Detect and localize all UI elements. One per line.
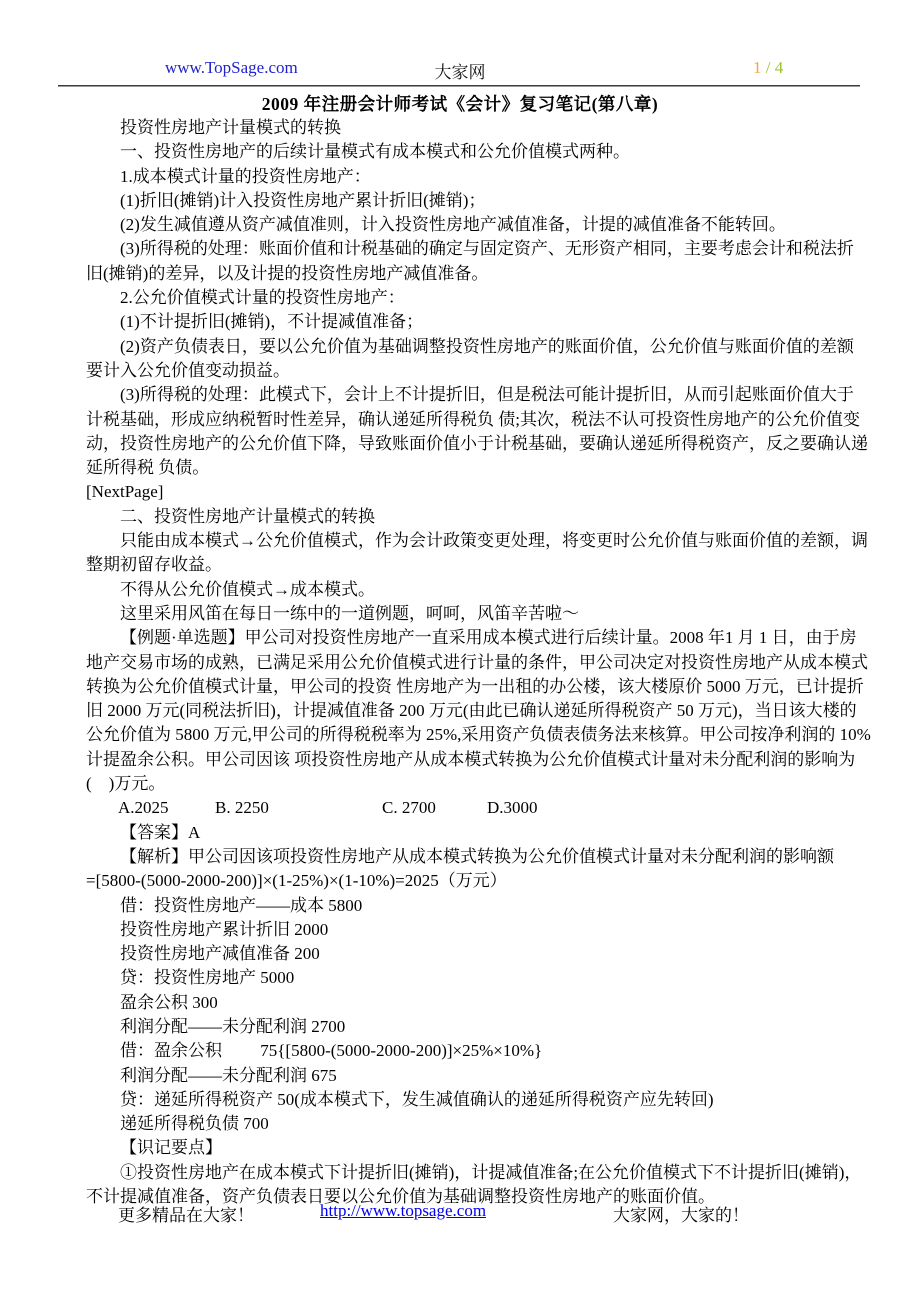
text-line: 只能由成本模式→公允价值模式，作为会计政策变更处理，将变更时公允价值与账面价值的…	[86, 529, 862, 553]
text-line: 【例题·单选题】甲公司对投资性房地产一直采用成本模式进行后续计量。2008 年1…	[86, 626, 862, 650]
text-line: (1)不计提折旧(摊销)，不计提减值准备；	[86, 310, 862, 334]
text-line: 贷：投资性房地产 5000	[86, 966, 862, 990]
footer-left-text: 更多精品在大家！	[118, 1201, 254, 1226]
page-number: 1 / 4	[753, 58, 783, 78]
page-header: www.TopSage.com 大家网 1 / 4	[60, 58, 860, 84]
text-line: 旧 2000 万元(同税法折旧)，计提减值准备 200 万元(由此已确认递延所得…	[86, 699, 862, 723]
text-line: (3)所得税的处理：账面价值和计税基础的确定与固定资产、无形资产相同，主要考虑会…	[86, 237, 862, 261]
text-line: 【识记要点】	[86, 1136, 862, 1160]
text-line: 计税基础，形成应纳税暂时性差异，确认递延所得税负 债;其次，税法不认可投资性房地…	[86, 408, 862, 432]
text-line: 动，投资性房地产的公允价值下降，导致账面价值小于计税基础，要确认递延所得税资产，…	[86, 432, 862, 456]
text-line: 利润分配——未分配利润 675	[86, 1064, 862, 1088]
document-body: 投资性房地产计量模式的转换一、投资性房地产的后续计量模式有成本模式和公允价值模式…	[86, 116, 862, 1209]
text-line: 延所得税 负债。	[86, 456, 862, 480]
text-line: 地产交易市场的成熟，已满足采用公允价值模式进行计量的条件，甲公司决定对投资性房地…	[86, 651, 862, 675]
text-line: (3)所得税的处理：此模式下，会计上不计提折旧，但是税法可能计提折旧，从而引起账…	[86, 383, 862, 407]
text-line: 旧(摊销)的差异，以及计提的投资性房地产减值准备。	[86, 262, 862, 286]
text-line: 不得从公允价值模式→成本模式。	[86, 578, 862, 602]
option-c: C. 2700	[382, 796, 436, 820]
header-site-name: 大家网	[435, 58, 486, 83]
option-a: A.2025	[118, 796, 169, 820]
text-line: 借：投资性房地产——成本 5800	[86, 894, 862, 918]
page-footer: 更多精品在大家！ http://www.topsage.com 大家网，大家的！	[86, 1201, 862, 1227]
option-d: D.3000	[487, 796, 538, 820]
text-line: ①投资性房地产在成本模式下计提折旧(摊销)，计提减值准备;在公允价值模式下不计提…	[86, 1161, 862, 1185]
footer-site-link[interactable]: http://www.topsage.com	[320, 1201, 486, 1221]
text-line: 利润分配——未分配利润 2700	[86, 1015, 862, 1039]
text-line: 计提盈余公积。甲公司因该 项投资性房地产从成本模式转换为公允价值模式计量对未分配…	[86, 748, 862, 772]
text-line: =[5800-(5000-2000-200)]×(1-25%)×(1-10%)=…	[86, 869, 862, 893]
footer-right-text: 大家网，大家的！	[613, 1201, 749, 1226]
document-title: 2009 年注册会计师考试《会计》复习笔记(第八章)	[0, 91, 920, 116]
document-page: www.TopSage.com 大家网 1 / 4 2009 年注册会计师考试《…	[0, 0, 920, 1302]
answer-options-line: A.2025B. 2250C. 2700D.3000	[86, 796, 862, 820]
text-line: [NextPage]	[86, 480, 862, 504]
text-line: 递延所得税负债 700	[86, 1112, 862, 1136]
text-line: 二、投资性房地产计量模式的转换	[86, 505, 862, 529]
text-line: 这里采用风笛在每日一练中的一道例题，呵呵，风笛辛苦啦～	[86, 602, 862, 626]
header-site-link[interactable]: www.TopSage.com	[165, 58, 298, 78]
page-number-current: 1	[753, 58, 762, 77]
page-number-total: / 4	[762, 58, 784, 77]
text-line: 一、投资性房地产的后续计量模式有成本模式和公允价值模式两种。	[86, 140, 862, 164]
text-line: 1.成本模式计量的投资性房地产：	[86, 165, 862, 189]
text-line: 整期初留存收益。	[86, 553, 862, 577]
text-line: 贷：递延所得税资产 50(成本模式下，发生减值确认的递延所得税资产应先转回)	[86, 1088, 862, 1112]
text-line: 要计入公允价值变动损益。	[86, 359, 862, 383]
text-line: 2.公允价值模式计量的投资性房地产：	[86, 286, 862, 310]
text-line: 【解析】甲公司因该项投资性房地产从成本模式转换为公允价值模式计量对未分配利润的影…	[86, 845, 862, 869]
text-line: 公允价值为 5800 万元,甲公司的所得税税率为 25%,采用资产负债表债务法来…	[86, 723, 862, 747]
text-line: 【答案】A	[86, 821, 862, 845]
text-line: 投资性房地产累计折旧 2000	[86, 918, 862, 942]
text-line: (2)发生减值遵从资产减值准则，计入投资性房地产减值准备，计提的减值准备不能转回…	[86, 213, 862, 237]
text-line: 转换为公允价值模式计量，甲公司的投资 性房地产为一出租的办公楼，该大楼原价 50…	[86, 675, 862, 699]
text-line: ( )万元。	[86, 772, 862, 796]
header-divider	[58, 85, 860, 87]
text-line: 借：盈余公积 75{[5800-(5000-2000-200)]×25%×10%…	[86, 1039, 862, 1063]
text-line: 盈余公积 300	[86, 991, 862, 1015]
text-line: 投资性房地产减值准备 200	[86, 942, 862, 966]
text-line: (1)折旧(摊销)计入投资性房地产累计折旧(摊销)；	[86, 189, 862, 213]
text-line: 投资性房地产计量模式的转换	[86, 116, 862, 140]
option-b: B. 2250	[215, 796, 269, 820]
text-line: (2)资产负债表日，要以公允价值为基础调整投资性房地产的账面价值，公允价值与账面…	[86, 335, 862, 359]
